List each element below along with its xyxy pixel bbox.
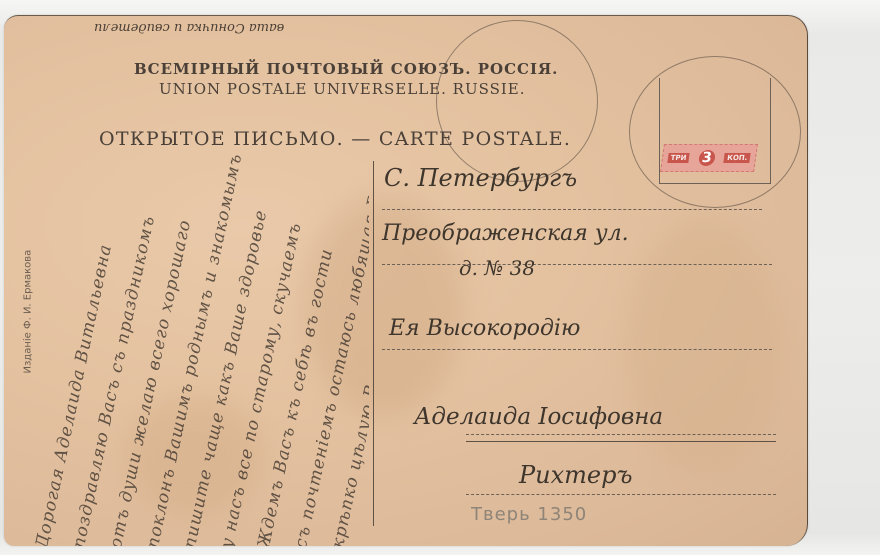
address-line-rule: [382, 264, 772, 265]
address-line-rule: [466, 494, 776, 495]
upside-down-note: ваша Соничка и свидетели: [94, 20, 284, 35]
address-line-rule: [382, 209, 762, 210]
stain: [624, 216, 784, 476]
address-honorific: Ея Высокородію: [389, 316, 580, 341]
address-house-number: д. № 38: [459, 256, 535, 280]
address-city: С. Петербургъ: [384, 164, 577, 192]
recipient-surname: Рихтеръ: [519, 461, 632, 489]
address-line-rule: [382, 349, 772, 350]
address-divider-line: [373, 161, 374, 526]
stamp-right-label: КОП.: [723, 153, 751, 163]
postage-stamp: ТРИ 3 КОП.: [660, 144, 758, 172]
stamp-value: 3: [698, 150, 716, 166]
postcard: ваша Соничка и свидетели ВСЕМІРНЫЙ ПОЧТО…: [4, 15, 808, 546]
address-line-rule: [466, 441, 776, 442]
handwritten-letter: Дорогая Аделаида Витальевна поздравляю В…: [24, 46, 369, 546]
address-street: Преображенская ул.: [382, 221, 629, 246]
recipient-name: Аделаида Іосифовна: [414, 404, 663, 430]
pencil-catalog-note: Тверь 1350: [471, 504, 587, 525]
stamp-left-label: ТРИ: [667, 153, 690, 163]
address-line-rule: [466, 434, 776, 435]
postmark-circle: [436, 20, 598, 182]
